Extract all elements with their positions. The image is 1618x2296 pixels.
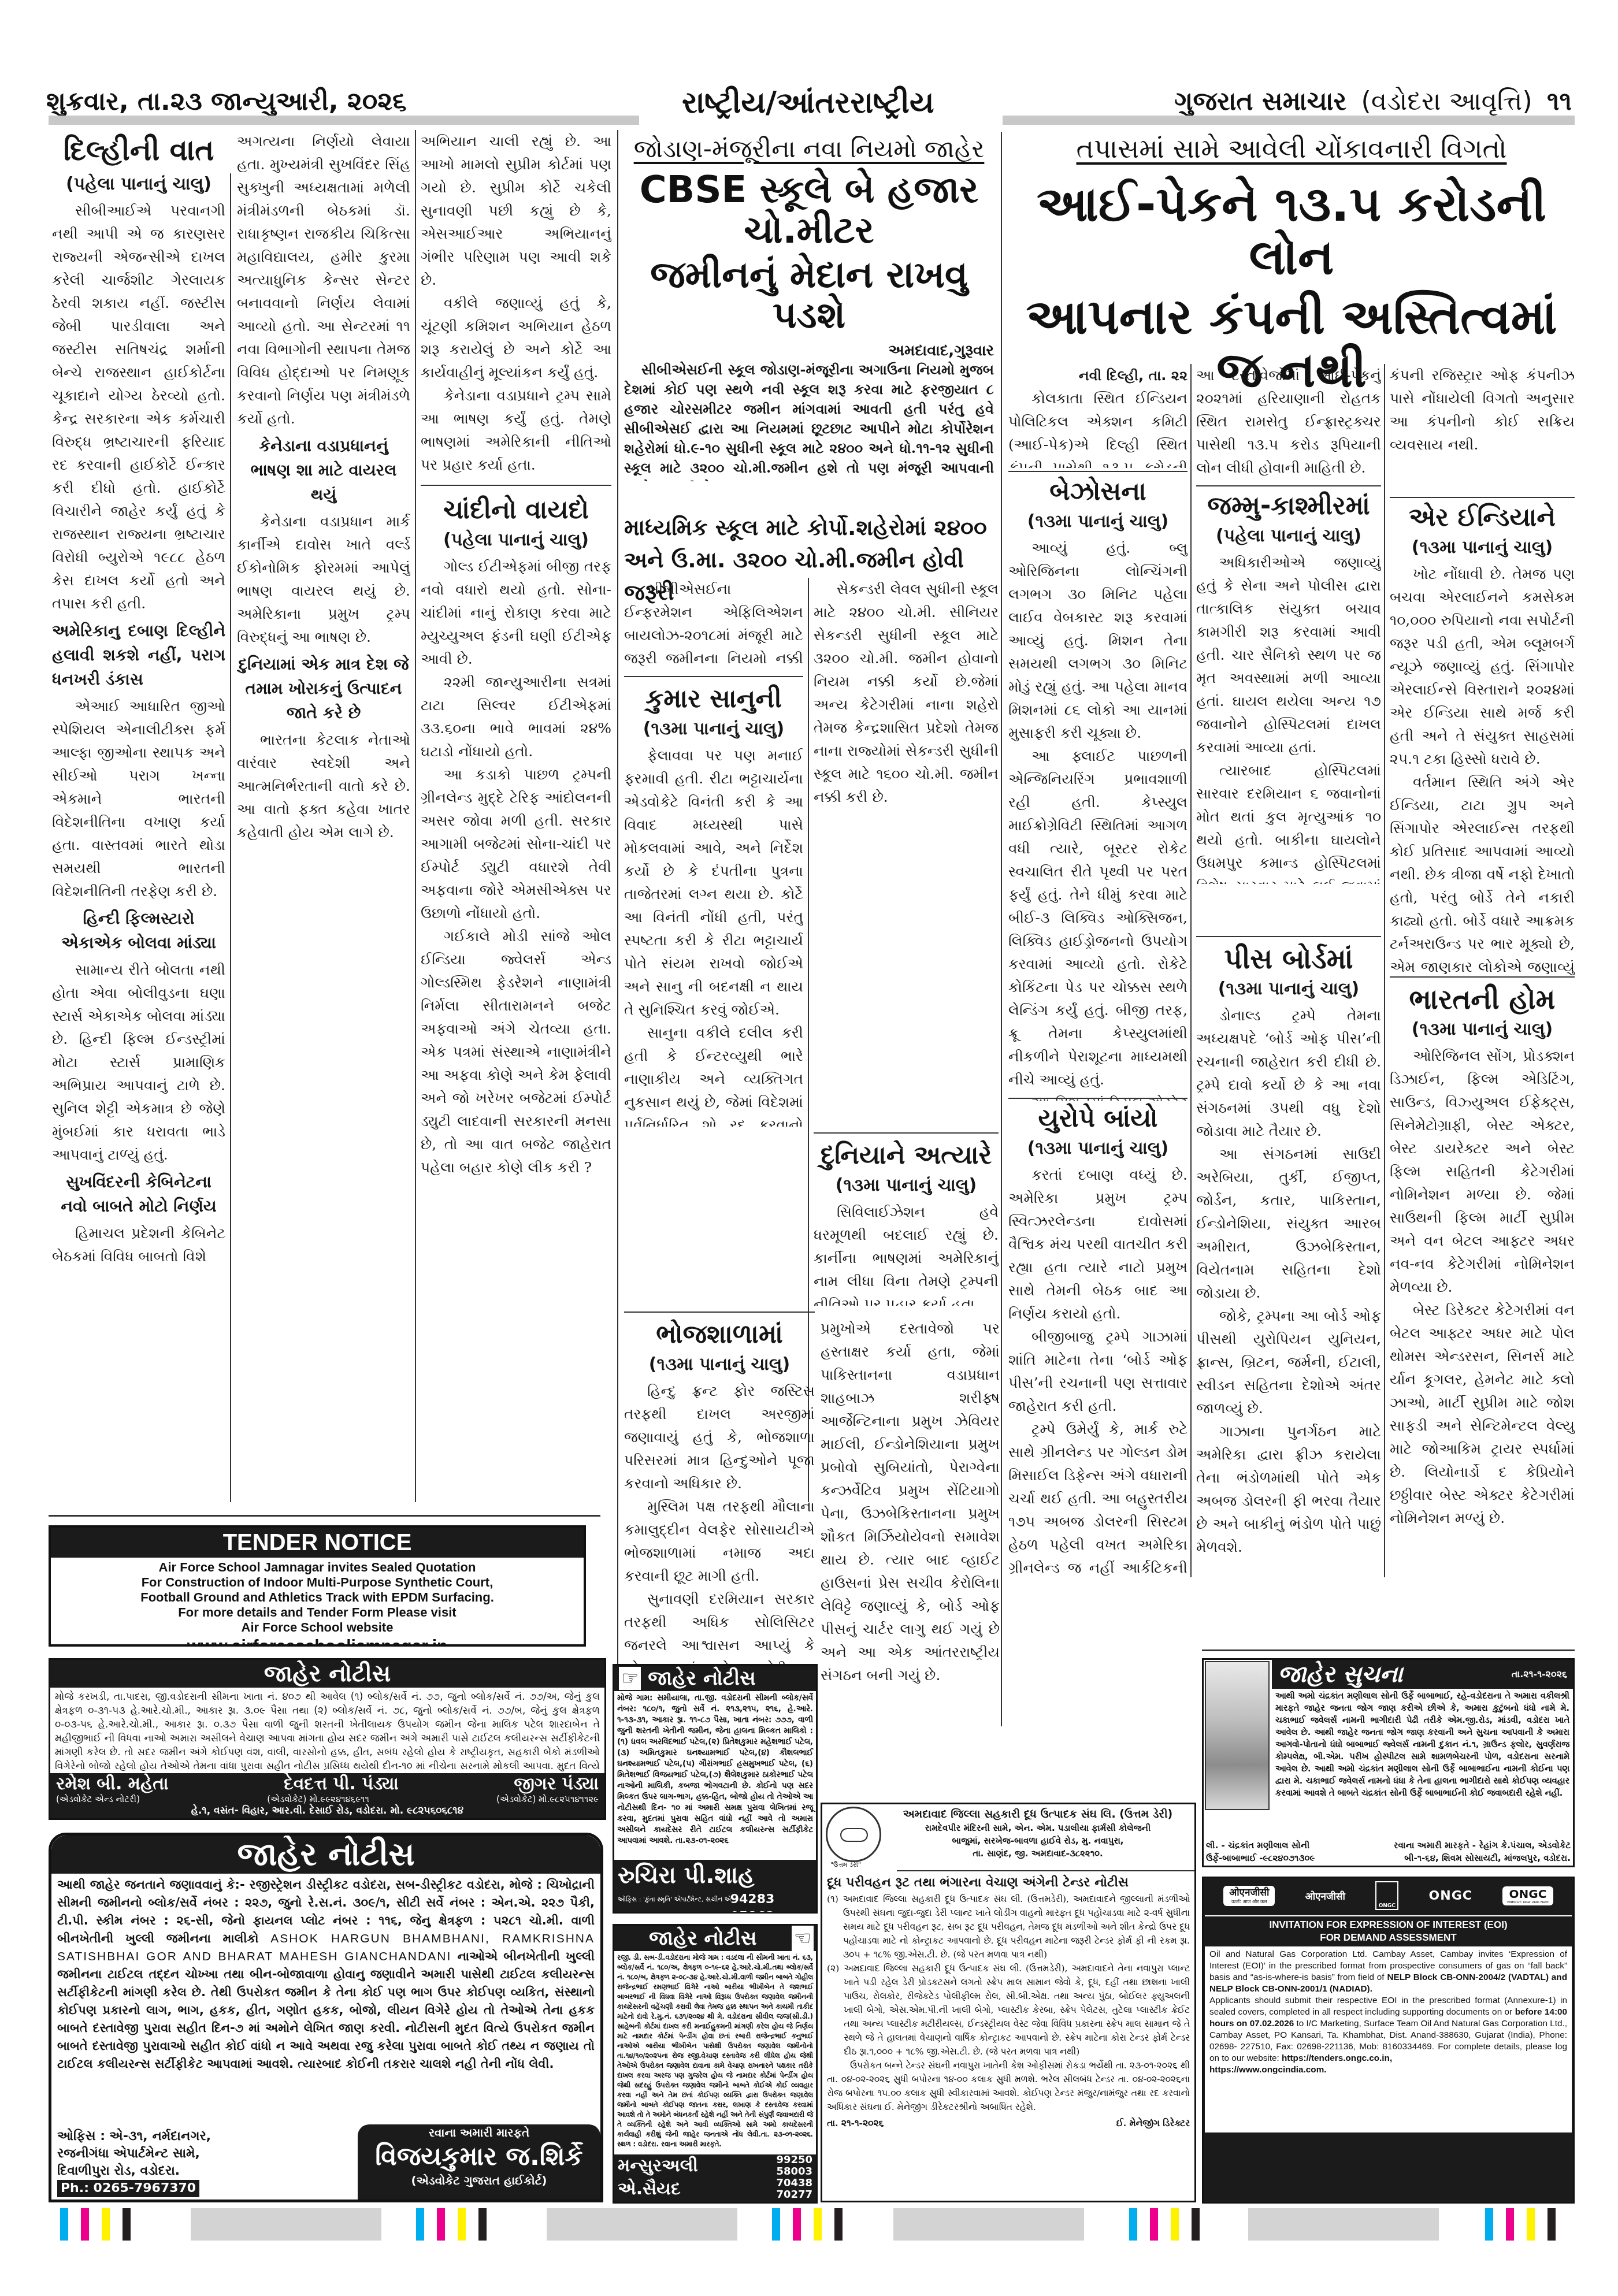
- advocate-name: દેવદત્ત પી. પંડ્યા: [284, 1774, 399, 1794]
- column-divider: [1190, 364, 1192, 1577]
- cyan-swatch: [1129, 2208, 1137, 2241]
- logo-text: ONGC: [1507, 1888, 1548, 1900]
- section-rule: [1196, 485, 1381, 486]
- article-paragraph: સિવિલાઈઝેશન હવે ધરમૂળથી બદલાઈ રહ્યું છે.…: [814, 1201, 999, 1306]
- issue-date: શુક્રવાર, તા.૨૩ જાન્યુઆરી, ૨૦૨૬: [46, 87, 407, 116]
- section-rule: [421, 485, 611, 486]
- pointing-hand-icon: ☞: [619, 1667, 641, 1690]
- ad-rule: [49, 1515, 600, 1517]
- ipac-body: નવી દિલ્હી, તા. ૨૨ કોલકાતા સ્થિત ઈન્ડિયન…: [1008, 364, 1187, 468]
- ipac-body-3: કંપની રજિસ્ટ્રાર ઓફ કંપનીઝ પાસે નોંધાયેલ…: [1390, 364, 1575, 497]
- tender-signatory: ઈ. મેનેજીંગ ડિરેક્ટર: [1116, 2116, 1190, 2130]
- org-name: અમદાવાદ જિલ્લા સહકારી દૂધ ઉત્પાદક સંઘ લિ…: [885, 1807, 1191, 1822]
- air-india-article: એર ઈન્ડિયાને (૧૩મા પાનાનું ચાલુ) ખોટ નોં…: [1390, 497, 1575, 982]
- article-paragraph: ગાઝાના પુનર્ગઠન માટે અમેરિકા દ્વારા ફ્રી…: [1196, 1420, 1381, 1559]
- notice-body: આથી અમો ચંદ્રકાંત મણીલાલ સોની ઉર્ફે બાબા…: [1272, 1689, 1573, 1801]
- continued-label: (૧૩મા પાનાનું ચાલુ): [1008, 510, 1187, 533]
- article-paragraph: આવ્યું હતું. બ્લુ ઓરિજિનના લોન્ચિંગની લગ…: [1008, 537, 1187, 745]
- article-paragraph: સામાન્ય રીતે બોલતા નથી હોતા એવા બોલીવુડન…: [52, 958, 225, 1166]
- column-divider: [230, 173, 231, 1502]
- advocate-name: જીગર પંડ્યા: [514, 1774, 599, 1794]
- continued-label: (પહેલા પાનાનું ચાલુ): [52, 173, 225, 196]
- tenders-link[interactable]: https://tenders.ongc.co.in,: [1282, 2053, 1392, 2063]
- jk-article: જમ્મુ-કાશ્મીરમાં (પહેલા પાનાનું ચાલુ) અધ…: [1196, 485, 1381, 884]
- notice-body-2: નાઓએ બીનખેતીની ખુલ્લી જમીનના ટાઈટલ તદ્દન…: [57, 1949, 595, 2071]
- eoi-title: INVITATION FOR EXPRESSION OF INTEREST (E…: [1204, 1919, 1573, 1931]
- continued-label: (પહેલા પાનાનું ચાલુ): [421, 529, 611, 552]
- article-paragraph: ખોટ નોંધાવી છે. તેમજ પણ બચવા એરલાઈનને કમ…: [1390, 563, 1575, 771]
- article-paragraph: કરતાં દબાણ વધ્યું છે. અમેરિકા પ્રમુખ ટ્ર…: [1008, 1164, 1187, 1325]
- peace-board-heading: પીસ બોર્ડમાં: [1196, 943, 1381, 975]
- advocate-name: વિજયકુમાર જ.શિર્કે: [358, 2141, 600, 2173]
- subheading-canada-pm: કેનેડાના વડાપ્રધાનનું ભાષણ શા માટે વાયરલ…: [237, 434, 410, 507]
- signed-alias: ઉર્ફે-બાબાભાઈ -૯૮૨૪૦૭૧૩૦૯: [1206, 1852, 1315, 1864]
- ipac-story: તપાસમાં સામે આવેલી ચોંકાવનારી વિગતો આઈ-પ…: [1008, 130, 1575, 361]
- tender-website-link[interactable]: www.airforceschooljamnagar.in: [51, 1635, 584, 1647]
- tender-item: અમદાવાદ જિલ્લા સહકારી દૂધ ઉત્પાદક સંઘ લી…: [843, 1892, 1190, 1961]
- article-paragraph: ફેલાવવા પર પણ મનાઈ ફરમાવી હતી. રીટા ભટ્ટ…: [624, 744, 803, 1021]
- advocate-phone: 94283 05863: [730, 1891, 812, 1914]
- subheading-america: અમેરિકાનુ દબાણ દિલ્હીને હલાવી શકશે નહીં,…: [52, 619, 225, 692]
- ongc-text-logo: ONGC: [1429, 1889, 1472, 1903]
- section-rule: [1196, 936, 1381, 937]
- ongc-website-link[interactable]: https://www.ongcindia.com.: [1209, 2065, 1327, 2075]
- magenta-swatch: [437, 2208, 445, 2241]
- uttam-dairy-logo-icon: [826, 1807, 881, 1862]
- continued-label: (૧૩મા પાનાનું ચાલુ): [1390, 536, 1575, 559]
- article-paragraph: આ કડાકો પાછળ ટ્રમ્પની ગ્રીનલેન્ડ મુદ્દે …: [421, 763, 611, 925]
- article-paragraph: હિન્દુ ફ્રન્ટ ફોર જસ્ટિસ તરફથી દાખલ અરજી…: [624, 1380, 815, 1495]
- public-notice-chikhodra: જાહેર નોટીસ આથી જાહેર જનતાને જણાવવાનું ક…: [49, 1833, 603, 2202]
- kumar-sanu-article: કુમાર સાનુની (૧૩મા પાનાનું ચાલુ) ફેલાવવા…: [624, 676, 803, 1127]
- article-paragraph: ત્યારબાદ હોસ્પિટલમાં સારવાર દરમિયાન ૬ જવ…: [1196, 759, 1381, 884]
- advocate-name: રમેશ બી. મહેતા: [56, 1774, 169, 1794]
- europe-article: યુરોપે બાંયો (૧૩મા પાનાનું ચાલુ) કરતાં દ…: [1008, 1098, 1187, 1583]
- continued-label: (૧૩મા પાનાનું ચાલુ): [814, 1174, 999, 1197]
- article-paragraph: સીબીએસઈના ઈન્ફરમેશન એફિલિએશન બાયલોઝ-૨૦૧૮…: [624, 578, 803, 670]
- black-swatch: [1548, 2208, 1556, 2241]
- notice-title: જાહેર સુચના: [1278, 1660, 1403, 1689]
- article-paragraph: કંપની રજિસ્ટ્રાર ઓફ કંપનીઝ પાસે નોંધાયેલ…: [1390, 364, 1575, 456]
- chandi-vaydo-heading: ચાંદીનો વાયદો: [421, 494, 611, 526]
- cbse-dateline: અમદાવાદ,ગુરૂવાર: [624, 342, 994, 360]
- kumar-sanu-heading: કુમાર સાનુની: [624, 683, 803, 715]
- ongc-hindi-logo-2: ओएनजीसी: [1305, 1889, 1345, 1903]
- public-notice-karkhadi: જાહેર નોટીસ મોજે કરખડી, તા.પાદરા, જી.વડો…: [49, 1658, 606, 1820]
- section-rule: [1008, 471, 1187, 472]
- via-advocate: રવાના અમારી મારફતે - રેહાંગ કે.પંચાલ, એડ…: [1394, 1839, 1571, 1852]
- continued-label: (૧૩મા પાનાનું ચાલુ): [1390, 1018, 1575, 1041]
- cbse-story: જોડાણ-મંજૂરીના નવા નિયમો જાહેર CBSE સ્કૂ…: [624, 132, 994, 490]
- notice-title: જાહેર નોટીસ: [51, 1836, 600, 1874]
- continued-label: (૧૩મા પાનાનું ચાલુ): [1196, 978, 1381, 1001]
- yellow-swatch: [1527, 2208, 1535, 2241]
- europe-signatories: પ્રમુખોએ દસ્તાવેજો પર હસ્તાક્ષર કર્યા હત…: [821, 1317, 1000, 1722]
- tender-line: For Construction of Indoor Multi-Purpose…: [51, 1575, 584, 1590]
- paper-name: ગુજરાત સમાચાર: [1174, 87, 1346, 116]
- article-paragraph: બીજીબાજુ ટ્રમ્પે ગાઝામાં શાંતિ માટેના તે…: [1008, 1325, 1187, 1418]
- section-rule: [1008, 1098, 1187, 1099]
- magenta-swatch: [793, 2208, 801, 2241]
- notice-body: મોજે ગામ: સમીયાલા, તા.જી. વડોદરાની સીમની…: [614, 1691, 816, 1848]
- item-number: (૧): [827, 1892, 838, 1961]
- section-rule: [624, 676, 803, 677]
- grey-patch: [893, 2208, 1084, 2241]
- edition-label: (વડોદરા આવૃત્તિ): [1361, 87, 1532, 116]
- article-paragraph: ગોલ્ડ ઈટીએફમાં બીજી તરફ નવો વધારો થયો હત…: [421, 555, 611, 671]
- continued-label: (પહેલા પાનાનું ચાલુ): [1196, 525, 1381, 548]
- europe-heading: યુરોપે બાંયો: [1008, 1102, 1187, 1135]
- article-paragraph: સાનુના વકીલે દલીલ કરી હતી કે ઈન્ટરવ્યુથી…: [624, 1021, 803, 1127]
- tender-date: તા. ૨૧-૧-૨૦૨૬: [827, 2116, 884, 2130]
- office-address: દિવાળીપુરા રોડ, વડોદરા.: [57, 2163, 211, 2180]
- ipac-headline-1: આઈ-પેકને ૧૩.૫ કરોડની લોન: [1008, 177, 1575, 284]
- delhi-ni-vaat-column: દિલ્હીની વાત (પહેલા પાનાનું ચાલુ) સીબીઆઈ…: [52, 130, 225, 1499]
- ad-rule: [897, 1870, 1194, 1871]
- uttam-dairy-tender-ad: અમદાવાદ જિલ્લા સહકારી દૂધ ઉત્પાદક સંઘ લિ…: [821, 1803, 1196, 2202]
- peace-board-article: પીસ બોર્ડમાં (૧૩મા પાનાનું ચાલુ) ડોનાલ્ડ…: [1196, 936, 1381, 1577]
- eoi-subtitle: FOR DEMAND ASSESSMENT: [1204, 1931, 1573, 1944]
- notice-title-bar: ☞ જાહેર નોટીસ: [614, 1666, 816, 1691]
- notice-title: જાહેર નોટીસ: [648, 1667, 756, 1690]
- logo-caption: "ઉત્તમ ડેરી": [830, 1861, 1194, 1869]
- article-paragraph: બેસ્ટ ડિરેક્ટર કેટેગરીમાં વન બેટલ આફ્ટર …: [1390, 1299, 1575, 1530]
- bhojshala-heading: ભોજશાળામાં: [624, 1318, 815, 1351]
- subheading-film-stars: હિન્દી ફિલ્મસ્ટારો એકાએક બોલવા માંડ્યા: [52, 906, 225, 955]
- duniya-article: દુનિયાને અત્યારે (૧૩મા પાનાનું ચાલુ) સિવ…: [814, 1132, 999, 1306]
- tender-notice-ad: TENDER NOTICE Air Force School Jamnagar …: [49, 1525, 586, 1647]
- article-paragraph: સીબીઆઈએ પરવાનગી નથી આપી એ જ કારણસર રાજ્ય…: [52, 199, 225, 615]
- advocate-role: (એડવોકેટ) મો.૯૮૨૫૧૪૧૧૨૯: [496, 1794, 599, 1804]
- black-swatch: [478, 2208, 487, 2241]
- continued-label: (૧૩મા પાનાનું ચાલુ): [624, 1353, 815, 1376]
- magenta-swatch: [1150, 2208, 1158, 2241]
- via-address: બી-૧-૬૪, શિવમ સોસાયટી, માંજલપુર, વડોદરા.: [1404, 1852, 1571, 1864]
- ongc-emblem-icon: ONGC: [1375, 1881, 1398, 1910]
- notice-body: રજી. ડી. સબ-ડી.વડોદરાના મોજે ગામ : વડદલા…: [614, 1951, 816, 2151]
- cbse-kicker: જોડાણ-મંજૂરીના નવા નિયમો જાહેર: [624, 132, 994, 166]
- tender-item: અમદાવાદ જિલ્લા સહકારી દૂધ ઉત્પાદક સંઘ લી…: [844, 1961, 1190, 2059]
- yellow-swatch: [1171, 2208, 1179, 2241]
- ad-rule: [1205, 1915, 1572, 1916]
- magenta-swatch: [81, 2208, 89, 2241]
- grey-patch: [1248, 2208, 1439, 2241]
- notice-title: જાહેર નોટીસ: [50, 1660, 604, 1688]
- bharat-home-heading: ભારતની હોમ: [1390, 983, 1575, 1016]
- tender-line: For more details and Tender Form Please …: [51, 1605, 584, 1620]
- advocate-name: મન્સુરઅલી એ.સૈયદ: [618, 2154, 747, 2201]
- advocate-role: (એડવોકેટ એન્ડ નોટરી): [56, 1794, 140, 1804]
- bharat-home-article: ભારતની હોમ (૧૩મા પાનાનું ચાલુ) ઓરિજિનલ સ…: [1390, 976, 1575, 1641]
- logo-text: ओएनजीसी: [1229, 1887, 1269, 1899]
- advocate-office: કે: ડી /૩૬,ચાંદપાર્ક સોસાયટી,શુભમ પાર્ટી…: [618, 2201, 812, 2204]
- article-paragraph: વકીલે જણાવ્યું હતું કે, ચૂંટણી કમિશન અભિ…: [421, 292, 611, 384]
- signed-by: લી. - ચંદ્રકાંત મણીલાલ સોની: [1206, 1839, 1309, 1852]
- notice-title-bar: જાહેર નોટીસ ☜: [614, 1926, 816, 1951]
- magenta-swatch: [1506, 2208, 1514, 2241]
- article-paragraph: કેનેડાના વડાપ્રધાને ટ્રમ્પ સામે આ ભાષણ ક…: [421, 384, 611, 477]
- article-paragraph: પ્રમુખોએ દસ્તાવેજો પર હસ્તાક્ષર કર્યા હત…: [821, 1317, 1000, 1687]
- tender-line: Football Ground and Athletics Track with…: [51, 1590, 584, 1605]
- cbse-headline-2: જમીનનું મેદાન રાખવુ પડશે: [624, 255, 994, 336]
- yellow-swatch: [814, 2208, 822, 2241]
- cbse-body-left: સીબીએસઈના ઈન્ફરમેશન એફિલિએશન બાયલોઝ-૨૦૧૮…: [624, 578, 803, 670]
- advocate-phone: 70438 70277: [776, 2177, 812, 2201]
- ipac-body-2: આ દસ્તાવેજોમાં આઈ-પેકનું ૨૦૨૧માં હરિયાણા…: [1196, 364, 1381, 480]
- notice-date: તા.૨૧-૧-૨૦૨૬: [1512, 1669, 1567, 1680]
- org-address: રામદેવપીર મંદિરની સામે, એન. એમ. પડાલીયા …: [885, 1822, 1191, 1834]
- grey-patch: [547, 2208, 737, 2241]
- advocate-address: હે.૧, વસંત- વિહાર, આર.વી. દેસાઈ રોડ, વડો…: [56, 1804, 599, 1817]
- article-paragraph: અધિકારીઓએ જણાવ્યું હતું કે સેના અને પોલી…: [1196, 551, 1381, 759]
- column-divider: [1384, 364, 1385, 1577]
- pointing-hand-icon: ☜: [792, 1926, 814, 1951]
- tender-notice-title: TENDER NOTICE: [51, 1528, 584, 1558]
- ipac-kicker: તપાસમાં સામે આવેલી ચોંકાવનારી વિગતો: [1008, 130, 1575, 167]
- subheading-sukhvinder: સુખવિંદરની કેબિનેટના નવો બાબતે મોટો નિર્…: [52, 1170, 225, 1218]
- ongc-energy-logo: ONGC ENERGY: Now AND Next: [1502, 1886, 1553, 1905]
- tender-closing: ઉપરોકત બન્ને ટેન્ડર સંઘની નવાપુરા ખાતેની…: [827, 2059, 1190, 2114]
- article-paragraph: આ દસ્તાવેજોમાં આઈ-પેકનું ૨૦૨૧માં હરિયાણા…: [1196, 364, 1381, 480]
- org-address: બાજુમાં, સરખેજ-બાવળા હાઈવે રોડ, મુ. નવાપ…: [885, 1834, 1191, 1847]
- advocate-office: ઓફિસ : 'કુંતા સ્મૃતિ' એપાર્ટમેન્ટ, સચીન …: [618, 1891, 730, 1914]
- yellow-swatch: [458, 2208, 466, 2241]
- delhi-ni-vaat-column-2: અગત્યના નિર્ણયો લેવાયા હતા. મુખ્યમંત્રી …: [237, 130, 410, 1499]
- section-rule: [624, 1312, 815, 1313]
- masthead-rule-mid: [624, 116, 639, 125]
- article-paragraph: હિમાચલ પ્રદેશની કેબિનેટ બેઠકમાં વિવિધ બા…: [52, 1222, 225, 1268]
- article-paragraph: ડોનાલ્ડ ટ્રમ્પે તેમના અધ્યક્ષપદે ‘બોર્ડ …: [1196, 1004, 1381, 1143]
- logo-tagline: ऊर्जा: आज और कल: [1229, 1899, 1269, 1905]
- bejos-article: બેઝોસના (૧૩મા પાનાનું ચાલુ) આવ્યું હતું.…: [1008, 471, 1187, 1101]
- section-rule: [1390, 976, 1575, 978]
- section-rule: [1390, 497, 1575, 498]
- article-paragraph: ટ્રમ્પે ઉમેર્યું કે, માર્ક રુટે સાથે ગ્ર…: [1008, 1418, 1187, 1583]
- person-photo: [1205, 1661, 1270, 1810]
- section-title: રાષ્ટ્રીય/આંતરરાષ્ટ્રીય: [682, 86, 934, 121]
- article-paragraph: આ ફ્લાઈટ પાછળની એન્જિનિયરિંગ પ્રભાવશાળી …: [1008, 745, 1187, 1091]
- tender-line: Air Force School website: [51, 1620, 584, 1635]
- article-paragraph: આ સંગઠનમાં સાઉદી અરેબિયા, તુર્કી, ઈજીપ્ત…: [1196, 1143, 1381, 1305]
- jaher-suchna-ad: જાહેર સુચના તા.૨૧-૧-૨૦૨૬ આથી અમો ચંદ્રકા…: [1202, 1658, 1575, 1867]
- advocate-role: (એડવોકેટ ગુજરાત હાઈકોર્ટ): [358, 2173, 600, 2188]
- advocate-name: રુચિરા પી.શાહ: [618, 1860, 754, 1891]
- cyan-swatch: [1485, 2208, 1493, 2241]
- cyan-swatch: [416, 2208, 424, 2241]
- column-divider: [617, 130, 618, 1794]
- column-divider: [415, 130, 416, 1502]
- article-paragraph: એઆઈ આધારિત જીઓ સ્પેશિયલ એનાલીટીક્સ ફર્મ …: [52, 695, 225, 903]
- logo-tagline: ENERGY: Now AND Next: [1507, 1900, 1548, 1904]
- office-phone: Ph.: 0265-7967370: [57, 2180, 199, 2197]
- article-paragraph: વર્તમાન સ્થિતિ અંગે એર ઈન્ડિયા, ટાટા ગ્ર…: [1390, 771, 1575, 982]
- ipac-dateline: નવી દિલ્હી, તા. ૨૨: [1008, 364, 1187, 387]
- continued-label: (૧૩મા પાનાનું ચાલુ): [624, 718, 803, 741]
- article-paragraph: ગઈકાલે મોડી સાંજે ઓલ ઈન્ડિયા જ્વેલર્સ એન…: [421, 925, 611, 1179]
- item-number: (૨): [827, 1961, 839, 2059]
- section-rule: [814, 1132, 999, 1134]
- duniya-heading: દુનિયાને અત્યારે: [814, 1139, 999, 1172]
- article-paragraph: કોલકાતા સ્થિત ઈન્ડિયન પોલિટિકલ એક્શન કમિ…: [1008, 387, 1187, 468]
- advocate-role: (એડવોકેટ) મો.૯૯૨૪૧૪૬૯૧૧: [267, 1794, 369, 1804]
- eoi-paragraph: Applicants should submit their respectiv…: [1209, 1996, 1567, 2017]
- masthead-rule-left: [49, 116, 632, 125]
- article-paragraph: સેકન્ડરી લેવલ સુધીની સ્કૂલ માટે ૨૪૦૦ ચો.…: [814, 578, 999, 809]
- article-paragraph: અગત્યના નિર્ણયો લેવાયા હતા. મુખ્યમંત્રી …: [237, 130, 410, 430]
- col3-articles: અભિયાન ચાલી રહ્યું છે. આ આખો મામલો સુપ્ર…: [421, 130, 611, 1499]
- article-paragraph: અભિયાન ચાલી રહ્યું છે. આ આખો મામલો સુપ્ર…: [421, 130, 611, 292]
- public-notice-samiyala: ☞ જાહેર નોટીસ મોજે ગામ: સમીયાલા, તા.જી. …: [613, 1664, 818, 1914]
- tender-title: દૂધ પરીવહન રૂટ તથા ભંગારના વેચાણ અંગેની …: [822, 1874, 1194, 1892]
- office-address: ઓફિસ : એ-૩૧, નર્મદાનગર,: [57, 2128, 211, 2145]
- cyan-swatch: [60, 2208, 68, 2241]
- article-paragraph: ઓરિજિનલ સોંગ, પ્રોડક્શન ડિઝાઈન, ફિલ્મ એડ…: [1390, 1045, 1575, 1299]
- section-rule: [1202, 1649, 1575, 1651]
- masthead-rule-right: [1003, 116, 1575, 125]
- ongc-hindi-logo-1: ओएनजीसी ऊर्जा: आज और कल: [1223, 1886, 1275, 1906]
- continued-label: (૧૩મા પાનાનું ચાલુ): [1008, 1137, 1187, 1160]
- jk-heading: જમ્મુ-કાશ્મીરમાં: [1196, 490, 1381, 522]
- office-address: રજનીગંધા એપાર્ટમેન્ટ સામે,: [57, 2145, 211, 2163]
- page-number: ૧૧: [1547, 87, 1572, 116]
- article-paragraph: મુસ્લિમ પક્ષ તરફથી મૌલાના કમાલુદ્દીન વેલ…: [624, 1495, 815, 1588]
- notice-title: જાહેર નોટીસ: [649, 1927, 757, 1950]
- article-paragraph: કેનેડાના વડાપ્રધાન માર્ક કાર્નીએ દાવોસ ખ…: [237, 510, 410, 649]
- yellow-swatch: [102, 2208, 110, 2241]
- public-notice-vadadla: જાહેર નોટીસ ☜ રજી. ડી. સબ-ડી.વડોદરાના મો…: [613, 1924, 818, 2204]
- black-swatch: [1192, 2208, 1200, 2241]
- tender-line: Air Force School Jamnagar invites Sealed…: [51, 1560, 584, 1575]
- article-paragraph: જોકે, ટ્રમ્પના આ બોર્ડ ઓફ પીસથી યુરોપિયન…: [1196, 1305, 1381, 1420]
- cyan-swatch: [772, 2208, 780, 2241]
- cbse-lead: સીબીએસઈની સ્કૂલ જોડાણ-મંજૂરીના અગાઉના નિ…: [624, 360, 994, 481]
- cbse-headline-1: CBSE સ્કૂલે બે હજાર ચો.મીટર: [624, 170, 994, 251]
- black-swatch: [123, 2208, 131, 2241]
- ongc-eoi-ad: ओएनजीसी ऊर्जा: आज और कल ओएनजीसी ONGC ONG…: [1202, 1877, 1575, 2204]
- grey-patch: [191, 2208, 381, 2241]
- article-paragraph: ભારતના કેટલાક નેતાઓ વારંવાર સ્વદેશી અને …: [237, 729, 410, 844]
- air-india-heading: એર ઈન્ડિયાને: [1390, 501, 1575, 534]
- bejos-heading: બેઝોસના: [1008, 475, 1187, 508]
- column-divider: [1001, 132, 1002, 1726]
- article-paragraph: ૨૨મી જાન્યુઆરીના સત્રમાં ટાટા સિલ્વર ઈટી…: [421, 671, 611, 763]
- via-label: રવાના અમારી મારફતે: [358, 2124, 600, 2141]
- subheading-food-production: દુનિયામાં એક માત્ર દેશ જે તમામ ખોરાકનું …: [237, 652, 410, 725]
- paper-info: ગુજરાત સમાચાર (વડોદરા આવૃત્તિ) ૧૧: [1174, 87, 1572, 116]
- page-masthead: શુક્રવાર, તા.૨૩ જાન્યુઆરી, ૨૦૨૬ રાષ્ટ્રી…: [46, 87, 1572, 113]
- delhi-ni-vaat-heading: દિલ્હીની વાત: [52, 130, 225, 170]
- org-address: તા. સાણંદ, જી. અમદાવાદ-૩૮૨૨૧૦.: [885, 1847, 1191, 1860]
- advocate-phone: 99250 58003: [776, 2154, 812, 2178]
- black-swatch: [834, 2208, 843, 2241]
